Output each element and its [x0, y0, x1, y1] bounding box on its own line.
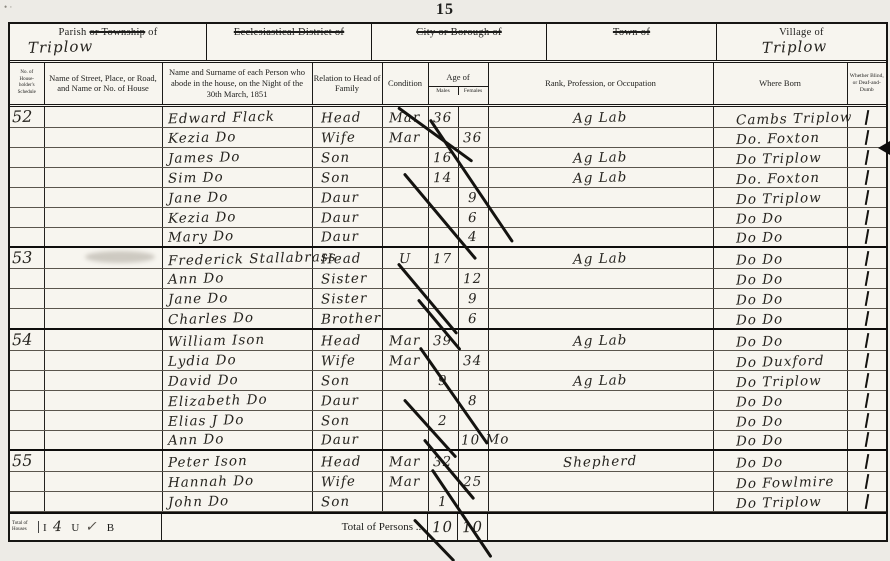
where-born-cell: Do Do: [713, 450, 847, 472]
person-name: Elizabeth Do: [162, 390, 312, 410]
where-born-cell-text: Do Do: [735, 251, 783, 268]
relation-cell-text: Sister: [320, 270, 367, 287]
age-male-cell: 2: [428, 410, 458, 430]
age-female-cell: 36: [458, 127, 488, 147]
tally-mark: [864, 229, 869, 244]
where-born-cell-text: Do Do: [735, 229, 783, 246]
age-female-cell-text: 10 Mo: [460, 431, 509, 448]
table-row: Jane DoDaur9Do Triplow: [10, 187, 886, 207]
where-born-cell-text: Do Triplow: [735, 494, 821, 512]
relation-cell-text: Brother: [320, 310, 380, 328]
person-name-text: Edward Flack: [167, 108, 274, 127]
town-label: Town of: [547, 27, 716, 38]
street-cell: [44, 390, 162, 410]
occupation-cell-text: Ag Lab: [573, 169, 628, 186]
relation-cell: Son: [312, 492, 382, 512]
table-row: 54William IsonHeadMar39Ag LabDo Do: [10, 329, 886, 351]
tally-mark: [864, 109, 869, 124]
totals-band: Total of Houses I4 U✓ B Total of Persons…: [10, 512, 886, 540]
age-male-cell-text: 36: [433, 109, 453, 125]
person-name-text: Frederick Stallabrass: [167, 249, 336, 269]
schedule-number: [10, 269, 44, 289]
table-row: Mary DoDaur4Do Do: [10, 227, 886, 247]
occupation-cell: [488, 350, 713, 370]
age-female-cell: [458, 492, 488, 512]
table-row: Lydia DoWifeMar34Do Duxford: [10, 350, 886, 370]
total-houses-label: Total of Houses: [12, 521, 39, 533]
infirm-cell: [847, 247, 886, 269]
tally-mark: [864, 454, 869, 469]
street-cell: [44, 147, 162, 167]
tally-mark: [864, 310, 869, 325]
where-born-cell: Do Triplow: [713, 370, 847, 390]
age-male-cell: [428, 269, 458, 289]
age-male-cell-text: 17: [433, 251, 453, 267]
tally-mark: [864, 149, 869, 164]
age-male-cell-text: 1: [438, 494, 448, 510]
tally-mark: [864, 372, 869, 387]
schedule-number: 52: [10, 105, 44, 127]
relation-cell: Wife: [312, 127, 382, 147]
infirm-cell: [847, 472, 886, 492]
total-persons-females: 10: [458, 514, 488, 540]
age-female-cell: 10 Mo: [458, 430, 488, 450]
condition-cell: [382, 410, 428, 430]
col-header-street: Name of Street, Place, or Road, and Name…: [44, 63, 162, 105]
person-name-text: Jane Do: [167, 189, 228, 207]
condition-cell: [382, 167, 428, 187]
where-born-cell: Do. Foxton: [713, 127, 847, 147]
total-persons-label: Total of Persons ...: [162, 514, 428, 540]
table-row: Charles DoBrother6Do Do: [10, 309, 886, 329]
village-label: Village of: [717, 27, 886, 38]
houses-inhabited-value: 4: [52, 519, 62, 535]
street-cell: [44, 329, 162, 351]
table-row: David DoSon9Ag LabDo Triplow: [10, 370, 886, 390]
table-row: 52Edward FlackHeadMar36Ag LabCambs Tripl…: [10, 105, 886, 127]
age-male-cell: 14: [428, 167, 458, 187]
tally-mark: [864, 291, 869, 306]
where-born-cell: Do Do: [713, 227, 847, 247]
where-born-cell: Do Do: [713, 207, 847, 227]
where-born-cell: Do Duxford: [713, 350, 847, 370]
page-number: 15: [0, 1, 890, 19]
schedule-number: [10, 350, 44, 370]
schedule-number-text: 54: [12, 329, 33, 349]
person-name-text: Mary Do: [167, 228, 234, 246]
age-female-cell: 9: [458, 187, 488, 207]
person-name: Ann Do: [162, 269, 312, 289]
relation-cell-text: Son: [320, 412, 349, 429]
tally-mark: [864, 432, 869, 447]
where-born-cell-text: Do Do: [735, 311, 783, 328]
person-name-text: Peter Ison: [167, 453, 247, 471]
occupation-cell: Ag Lab: [488, 167, 713, 187]
table-row: Elizabeth DoDaur8Do Do: [10, 390, 886, 410]
schedule-number: 55: [10, 450, 44, 472]
person-name: Lydia Do: [162, 350, 312, 370]
city-borough-label: City or Borough of: [372, 27, 546, 38]
tally-mark: [864, 474, 869, 489]
age-male-cell: 17: [428, 247, 458, 269]
person-name: Hannah Do: [162, 472, 312, 492]
where-born-cell: Do Fowlmire: [713, 472, 847, 492]
where-born-cell-text: Do Do: [735, 271, 783, 288]
street-cell: [44, 430, 162, 450]
street-cell: [44, 227, 162, 247]
person-name: Ann Do: [162, 430, 312, 450]
street-cell: [44, 450, 162, 472]
person-name: Elias J Do: [162, 410, 312, 430]
occupation-cell: [488, 430, 713, 450]
street-cell: [44, 472, 162, 492]
person-name-text: Ann Do: [167, 431, 224, 448]
town-cell: Town of: [547, 24, 717, 60]
edge-arrow-mark: [878, 141, 890, 155]
tally-mark: [864, 412, 869, 427]
table-row: Jane DoSister9Do Do: [10, 289, 886, 309]
schedule-number: [10, 187, 44, 207]
table-row: Sim DoSon14Ag LabDo. Foxton: [10, 167, 886, 187]
condition-cell: [382, 492, 428, 512]
tally-mark: [864, 271, 869, 286]
col-header-age-males: Males: [429, 87, 459, 95]
person-name: Charles Do: [162, 309, 312, 329]
occupation-cell: Ag Lab: [488, 105, 713, 127]
age-female-cell: 12: [458, 269, 488, 289]
table-row: James DoSon16Ag LabDo Triplow: [10, 147, 886, 167]
col-header-condition: Condition: [382, 63, 428, 105]
condition-cell-text: Mar: [389, 109, 421, 126]
occupation-cell-text: Ag Lab: [573, 149, 628, 166]
relation-cell: Sister: [312, 289, 382, 309]
where-born-cell: Do Triplow: [713, 187, 847, 207]
ecclesiastical-district-label: Ecclesiastical District of: [207, 27, 371, 38]
totals-empty-cell: [488, 514, 886, 540]
occupation-cell: [488, 127, 713, 147]
occupation-cell: Ag Lab: [488, 370, 713, 390]
census-rows: 52Edward FlackHeadMar36Ag LabCambs Tripl…: [10, 105, 886, 512]
where-born-cell-text: Do Triplow: [735, 372, 821, 390]
occupation-cell: [488, 269, 713, 289]
tally-mark: [864, 494, 869, 509]
schedule-number: [10, 289, 44, 309]
table-row: 55Peter IsonHeadMar32ShepherdDo Do: [10, 450, 886, 472]
where-born-cell-text: Do. Foxton: [735, 129, 819, 147]
schedule-number: [10, 410, 44, 430]
infirm-cell: [847, 187, 886, 207]
relation-cell: Head: [312, 450, 382, 472]
where-born-cell: Do Triplow: [713, 147, 847, 167]
where-born-cell: Do. Foxton: [713, 167, 847, 187]
person-name: John Do: [162, 492, 312, 512]
age-male-cell: [428, 207, 458, 227]
condition-cell: [382, 309, 428, 329]
where-born-cell: Cambs Triplow: [713, 105, 847, 127]
occupation-cell: Ag Lab: [488, 147, 713, 167]
relation-cell-text: Daur: [320, 189, 358, 206]
street-cell: [44, 167, 162, 187]
total-houses-cell: Total of Houses I4 U✓ B: [10, 514, 162, 540]
schedule-number: [10, 127, 44, 147]
parish-value: Triplow: [28, 37, 94, 57]
street-cell: [44, 410, 162, 430]
where-born-cell: Do Do: [713, 430, 847, 450]
condition-cell: [382, 187, 428, 207]
city-borough-cell: City or Borough of: [372, 24, 547, 60]
occupation-cell: [488, 390, 713, 410]
col-header-name: Name and Surname of each Person who abod…: [162, 63, 312, 105]
person-name-text: James Do: [167, 149, 240, 167]
occupation-cell: Ag Lab: [488, 247, 713, 269]
condition-cell-text: Mar: [389, 332, 421, 349]
age-female-cell-text: 4: [468, 229, 478, 245]
houses-iub: I4 U✓ B: [43, 519, 124, 535]
col-header-age: Age of Males Females: [428, 63, 488, 105]
age-female-cell: 6: [458, 207, 488, 227]
where-born-cell: Do Do: [713, 269, 847, 289]
infirm-cell: [847, 309, 886, 329]
condition-cell: [382, 289, 428, 309]
person-name-text: David Do: [167, 372, 238, 390]
condition-cell-text: Mar: [389, 474, 421, 491]
infirm-cell: [847, 370, 886, 390]
schedule-number: [10, 227, 44, 247]
relation-cell-text: Head: [320, 250, 361, 267]
person-name: Peter Ison: [162, 450, 312, 472]
age-male-cell: [428, 430, 458, 450]
person-name: Jane Do: [162, 289, 312, 309]
age-female-cell: [458, 147, 488, 167]
occupation-cell-text: Ag Lab: [573, 250, 628, 267]
street-cell: [44, 207, 162, 227]
age-male-cell-text: 39: [433, 332, 453, 348]
age-male-cell: [428, 390, 458, 410]
age-male-cell-text: 32: [433, 454, 453, 470]
village-cell: Village of Triplow: [717, 24, 886, 60]
schedule-number: [10, 370, 44, 390]
schedule-number: [10, 207, 44, 227]
village-value: Triplow: [762, 37, 828, 57]
age-female-cell: 4: [458, 227, 488, 247]
occupation-cell-text: Ag Lab: [573, 372, 628, 389]
where-born-cell-text: Do Do: [735, 333, 783, 350]
person-name-text: Sim Do: [167, 169, 223, 186]
relation-cell: Son: [312, 370, 382, 390]
infirm-cell: [847, 105, 886, 127]
occupation-cell: [488, 472, 713, 492]
street-cell: [44, 350, 162, 370]
relation-cell-text: Daur: [320, 229, 358, 246]
occupation-cell-text: Shepherd: [563, 453, 638, 471]
age-male-cell: 9: [428, 370, 458, 390]
tally-mark: [864, 352, 869, 367]
age-male-cell-text: 16: [433, 149, 453, 165]
infirm-cell: [847, 390, 886, 410]
occupation-cell: [488, 289, 713, 309]
age-female-cell: 25: [458, 472, 488, 492]
infirm-cell: [847, 410, 886, 430]
age-male-cell: [428, 227, 458, 247]
relation-cell-text: Son: [320, 169, 349, 186]
age-female-cell: 8: [458, 390, 488, 410]
table-row: Ann DoSister12Do Do: [10, 269, 886, 289]
infirm-cell: [847, 207, 886, 227]
age-female-cell: [458, 105, 488, 127]
where-born-cell-text: Do Do: [735, 432, 783, 449]
age-female-cell-text: 9: [468, 291, 478, 307]
where-born-cell: Do Do: [713, 247, 847, 269]
person-name-text: Kezia Do: [167, 209, 236, 227]
schedule-number-text: 55: [12, 451, 33, 471]
total-persons-males: 10: [428, 514, 458, 540]
relation-cell: Daur: [312, 187, 382, 207]
tally-mark: [864, 332, 869, 347]
tally-mark: [864, 392, 869, 407]
col-header-relation: Relation to Head of Family: [312, 63, 382, 105]
age-female-cell: 6: [458, 309, 488, 329]
col-header-occupation: Rank, Profession, or Occupation: [488, 63, 713, 105]
condition-cell-text: Mar: [389, 454, 421, 471]
age-female-cell-text: 36: [463, 129, 483, 145]
occupation-cell: Ag Lab: [488, 329, 713, 351]
relation-cell: Head: [312, 329, 382, 351]
street-cell: [44, 187, 162, 207]
age-female-cell: 34: [458, 350, 488, 370]
tally-mark: [864, 129, 869, 144]
relation-cell: Daur: [312, 430, 382, 450]
person-name: Jane Do: [162, 187, 312, 207]
condition-cell: Mar: [382, 329, 428, 351]
relation-cell-text: Daur: [320, 432, 358, 449]
age-male-cell-text: 9: [438, 372, 448, 388]
col-header-age-females: Females: [459, 87, 488, 95]
table-row: Kezia DoWifeMar36Do. Foxton: [10, 127, 886, 147]
condition-cell-text: Mar: [389, 352, 421, 369]
where-born-cell: Do Do: [713, 329, 847, 351]
condition-cell: [382, 370, 428, 390]
relation-cell: Wife: [312, 350, 382, 370]
person-name: Frederick Stallabrass: [162, 247, 312, 269]
relation-cell-text: Son: [320, 149, 349, 166]
where-born-cell-text: Cambs Triplow: [735, 109, 852, 128]
condition-cell-text: U: [399, 251, 412, 267]
relation-cell: Son: [312, 410, 382, 430]
occupation-cell: [488, 492, 713, 512]
infirm-cell: [847, 492, 886, 512]
age-female-cell-text: 8: [468, 392, 478, 408]
schedule-number-text: 53: [12, 248, 33, 268]
table-row: Ann DoDaur10 MoDo Do: [10, 430, 886, 450]
where-born-cell-text: Do. Foxton: [735, 169, 819, 187]
age-female-cell: [458, 450, 488, 472]
census-scan-page: { "page": { "number": "15" }, "top_heade…: [0, 0, 890, 561]
person-name-text: Elias J Do: [167, 412, 244, 430]
person-name: Edward Flack: [162, 105, 312, 127]
infirm-cell: [847, 269, 886, 289]
person-name: Mary Do: [162, 227, 312, 247]
person-name-text: Lydia Do: [167, 352, 236, 370]
where-born-cell-text: Do Triplow: [735, 149, 821, 167]
table-row: Kezia DoDaur6Do Do: [10, 207, 886, 227]
relation-cell-text: Daur: [320, 392, 358, 409]
occupation-cell: [488, 410, 713, 430]
table-row: Elias J DoSon2Do Do: [10, 410, 886, 430]
tally-mark: [864, 251, 869, 266]
person-name: Kezia Do: [162, 127, 312, 147]
condition-cell: [382, 147, 428, 167]
street-cell: [44, 309, 162, 329]
relation-cell-text: Son: [320, 494, 349, 511]
age-female-cell-text: 12: [463, 271, 483, 287]
condition-cell: [382, 227, 428, 247]
schedule-number: [10, 167, 44, 187]
schedule-number: 53: [10, 247, 44, 269]
census-form: Parish or Township of Triplow Ecclesiast…: [8, 22, 888, 542]
relation-cell: Son: [312, 147, 382, 167]
street-cell: [44, 269, 162, 289]
condition-cell: U: [382, 247, 428, 269]
schedule-number: [10, 472, 44, 492]
schedule-number: [10, 492, 44, 512]
condition-cell: Mar: [382, 350, 428, 370]
place-header-band: Parish or Township of Triplow Ecclesiast…: [10, 24, 886, 63]
street-cell: [44, 492, 162, 512]
schedule-number-text: 52: [12, 106, 33, 126]
occupation-cell-text: Ag Lab: [573, 109, 628, 126]
relation-cell-text: Head: [320, 453, 361, 470]
person-name-text: Elizabeth Do: [167, 391, 267, 410]
relation-cell-text: Head: [320, 109, 361, 126]
age-male-cell: [428, 187, 458, 207]
age-male-cell: [428, 309, 458, 329]
where-born-cell-text: Do Do: [735, 393, 783, 410]
ecclesiastical-district-cell: Ecclesiastical District of: [207, 24, 372, 60]
tally-mark: [864, 209, 869, 224]
schedule-number: [10, 309, 44, 329]
person-name: James Do: [162, 147, 312, 167]
street-cell: [44, 370, 162, 390]
relation-cell-text: Wife: [320, 129, 355, 146]
occupation-cell: [488, 309, 713, 329]
col-header-schedule: No. of House- holder's Schedule: [10, 63, 44, 105]
table-row: John DoSon1Do Triplow: [10, 492, 886, 512]
where-born-cell: Do Triplow: [713, 492, 847, 512]
person-name-text: William Ison: [167, 331, 265, 350]
ink-smudge: [85, 251, 155, 263]
infirm-cell: [847, 289, 886, 309]
table-row: 53Frederick StallabrassHeadU17Ag LabDo D…: [10, 247, 886, 269]
age-female-cell-text: 6: [468, 209, 478, 225]
infirm-cell: [847, 167, 886, 187]
condition-cell-text: Mar: [389, 129, 421, 146]
age-male-cell-text: 14: [433, 169, 453, 185]
where-born-cell-text: Do Duxford: [735, 352, 824, 370]
age-male-cell: 16: [428, 147, 458, 167]
relation-cell: Daur: [312, 207, 382, 227]
infirm-cell: [847, 450, 886, 472]
relation-cell-text: Head: [320, 332, 361, 349]
street-cell: [44, 247, 162, 269]
person-name-text: Jane Do: [167, 290, 228, 308]
person-name: Sim Do: [162, 167, 312, 187]
person-name-text: Ann Do: [167, 270, 224, 287]
condition-cell: [382, 207, 428, 227]
where-born-cell-text: Do Do: [735, 454, 783, 471]
relation-cell-text: Son: [320, 372, 349, 389]
where-born-cell: Do Do: [713, 309, 847, 329]
relation-cell-text: Sister: [320, 290, 367, 307]
